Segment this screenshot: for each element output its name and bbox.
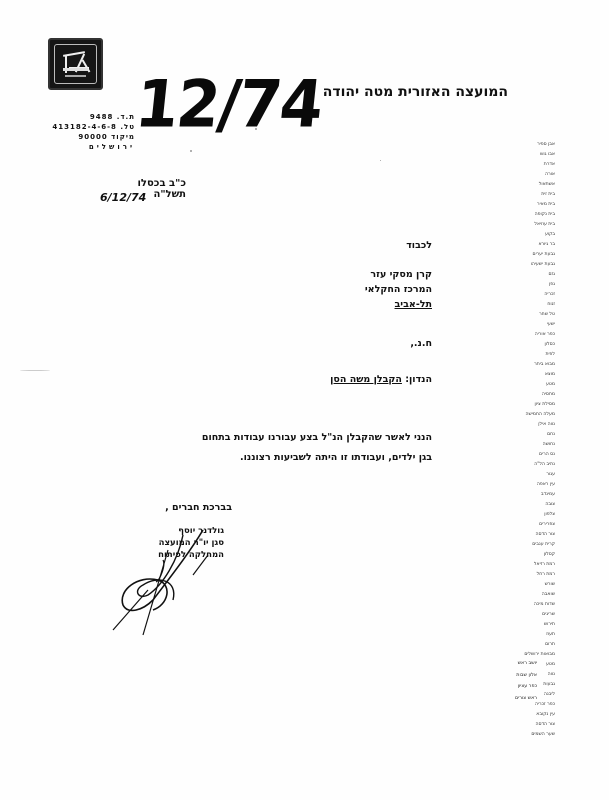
settlements-list: אבן ספיראבו גושאדרתאורהאשתאולבית זיתבית … [487, 140, 555, 740]
council-logo [48, 38, 103, 90]
settlement-item: מוצא [487, 370, 555, 380]
handwritten-signature-icon [108, 530, 218, 640]
settlement-item: כסלון [487, 340, 555, 350]
settlement-item: נחם [487, 430, 555, 440]
handwritten-file-number: 12/74 [129, 52, 282, 173]
settlement-item: אבו גוש [487, 150, 555, 160]
settlement-item: צור הדסה [487, 720, 555, 730]
settlement-item: קסלון [487, 550, 555, 560]
settlement-item: רמת רזיאל [487, 560, 555, 570]
address-postal-code: מיקוד 90000 [50, 132, 135, 142]
recipient-salutation: לכבוד [330, 240, 432, 251]
footer-line: כפר עציון [487, 681, 537, 693]
settlement-item: עין ראפה [487, 480, 555, 490]
settlement-item: צלפון [487, 510, 555, 520]
settlement-item: טל שחר [487, 310, 555, 320]
settlement-item: גבעת ישעיהו [487, 260, 555, 270]
settlement-item: רמת רחל [487, 570, 555, 580]
recipient-line: המרכז החקלאי [300, 282, 432, 297]
closing: בברכת חברים , [140, 502, 232, 513]
settlement-item: לוזית [487, 350, 555, 360]
body-line: בגן ילדים, ועבודתו זו היתה לשביעות רצוננ… [120, 448, 432, 468]
settlement-item: גפן [487, 280, 555, 290]
settlement-item: מבוא ביתר [487, 360, 555, 370]
settlement-item: בר גיורא [487, 240, 555, 250]
settlement-item: תירוש [487, 620, 555, 630]
settlement-item: מחסיה [487, 390, 555, 400]
settlement-item: תרום [487, 640, 555, 650]
body-line: הנני לאשר שהקבלן הנ"ל בצע עבורנו עבודות … [120, 428, 432, 448]
address-phone: טל. 413182-4-6-8 [50, 122, 135, 132]
settlement-item: קרית ענבים [487, 540, 555, 550]
settlement-item: צור הדסה [487, 530, 555, 540]
settlement-item: אדרת [487, 160, 555, 170]
letter-body: הנני לאשר שהקבלן הנ"ל בצע עבורנו עבודות … [120, 428, 432, 468]
subject-text: הקבלן משה הסן [330, 374, 402, 385]
settlement-item: שער השמים [487, 730, 555, 740]
settlement-item: בית עוזיאל [487, 220, 555, 230]
regional-council-emblem-icon [54, 44, 97, 84]
settlement-item: ישעי [487, 320, 555, 330]
gregorian-date: 6/12/74 [100, 191, 160, 204]
settlement-item: צפרירים [487, 520, 555, 530]
settlement-item: בית מאיר [487, 200, 555, 210]
settlement-item: צובה [487, 500, 555, 510]
settlement-item: עגור [487, 470, 555, 480]
settlement-item: בקוע [487, 230, 555, 240]
settlement-item: עין נקובא [487, 710, 555, 720]
settlement-item: כפר אוריה [487, 330, 555, 340]
recipient-block: קרן מסקי עזר המרכז החקלאי תל-אביב [300, 267, 432, 312]
settlement-item: גבעת יערים [487, 250, 555, 260]
sidebar-footer: יושב ראש אלון שבות כפר עציון ראש צורים [487, 658, 537, 704]
settlement-item: בית נקופה [487, 210, 555, 220]
settlement-item: זנוח [487, 300, 555, 310]
subject-label: הנדון: [405, 374, 432, 385]
settlement-item: נווה אילן [487, 420, 555, 430]
address-po-box: ת.ד. 9488 [50, 112, 135, 122]
letter-page: ת.ד. 9488 טל. 413182-4-6-8 מיקוד 90000 י… [0, 0, 609, 800]
settlement-item: מעלה החמישה [487, 410, 555, 420]
settlement-item: מסילת ציון [487, 400, 555, 410]
settlement-item: שואבה [487, 590, 555, 600]
address-city: ירושלים [50, 142, 135, 152]
settlement-item: עמינדב [487, 490, 555, 500]
settlement-item: אבן ספיר [487, 140, 555, 150]
settlement-item: שדות מיכה [487, 600, 555, 610]
settlement-item: נתיב הל"ה [487, 460, 555, 470]
settlement-item: נחושה [487, 440, 555, 450]
footer-line: אלון שבות [487, 670, 537, 682]
settlement-item: נס הרים [487, 450, 555, 460]
settlement-item: גזם [487, 270, 555, 280]
recipient-line: קרן מסקי עזר [300, 267, 432, 282]
settlement-item: זכריה [487, 290, 555, 300]
organization-name: המועצה האזורית מטה יהודה [288, 84, 508, 100]
recipient-city: תל-אביב [300, 297, 432, 312]
settlement-item: שורש [487, 580, 555, 590]
greeting: ח.נ., [380, 338, 432, 349]
settlement-item: תעוז [487, 630, 555, 640]
settlement-item: בית זית [487, 190, 555, 200]
footer-line: ראש צורים [487, 693, 537, 705]
subject-line: הנדון: הקבלן משה הסן [250, 374, 432, 385]
letterhead-address: ת.ד. 9488 טל. 413182-4-6-8 מיקוד 90000 י… [50, 112, 135, 152]
settlement-item: שריגים [487, 610, 555, 620]
footer-line: יושב ראש [487, 658, 537, 670]
settlement-item: אשתאול [487, 180, 555, 190]
settlement-item: מטע [487, 380, 555, 390]
settlement-item: אורה [487, 170, 555, 180]
